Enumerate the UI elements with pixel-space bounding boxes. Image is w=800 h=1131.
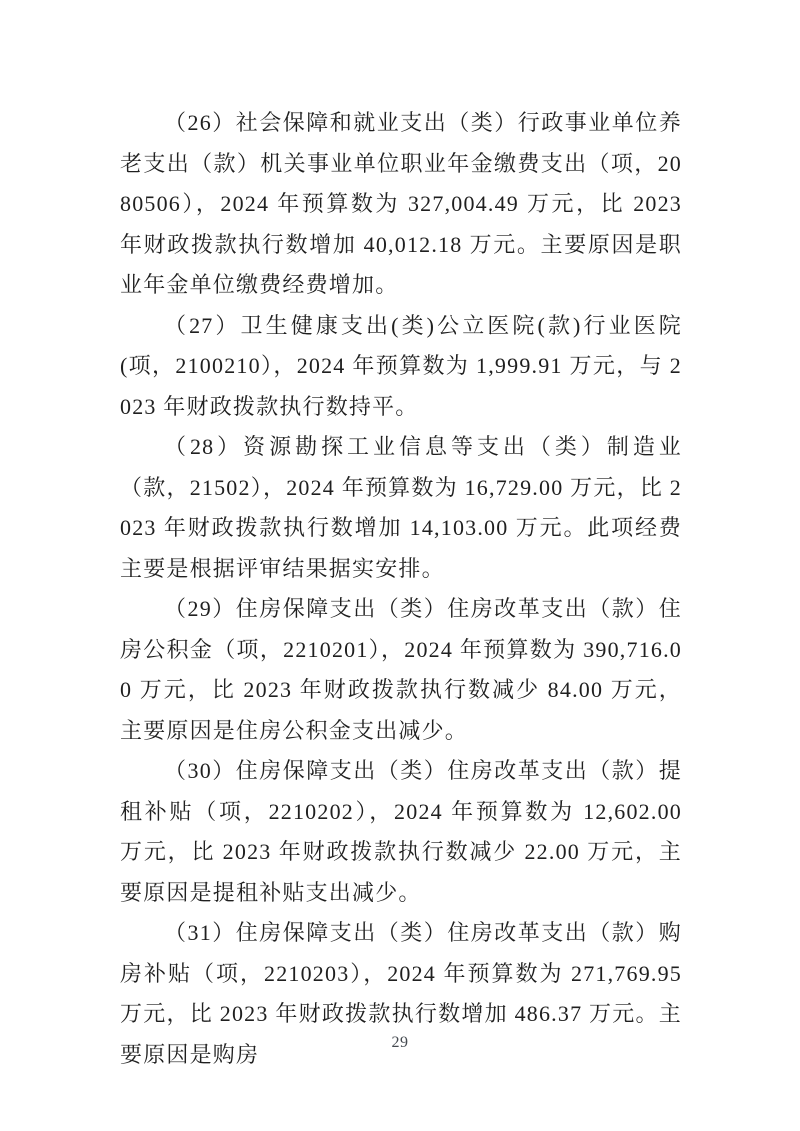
paragraph-item-28: （28）资源勘探工业信息等支出（类）制造业（款，21502），2024 年预算数… [120,427,682,589]
paragraph-item-26: （26）社会保障和就业支出（类）行政事业单位养老支出（款）机关事业单位职业年金缴… [120,103,682,306]
paragraph-item-30: （30）住房保障支出（类）住房改革支出（款）提租补贴（项，2210202），20… [120,751,682,913]
document-page: （26）社会保障和就业支出（类）行政事业单位养老支出（款）机关事业单位职业年金缴… [0,0,800,1131]
page-footer: 29 [0,1034,800,1052]
page-number: 29 [392,1034,409,1051]
paragraph-item-29: （29）住房保障支出（类）住房改革支出（款）住房公积金（项，2210201），2… [120,589,682,751]
document-body: （26）社会保障和就业支出（类）行政事业单位养老支出（款）机关事业单位职业年金缴… [120,103,682,1075]
paragraph-item-27: （27）卫生健康支出(类)公立医院(款)行业医院(项，2100210），2024… [120,306,682,428]
